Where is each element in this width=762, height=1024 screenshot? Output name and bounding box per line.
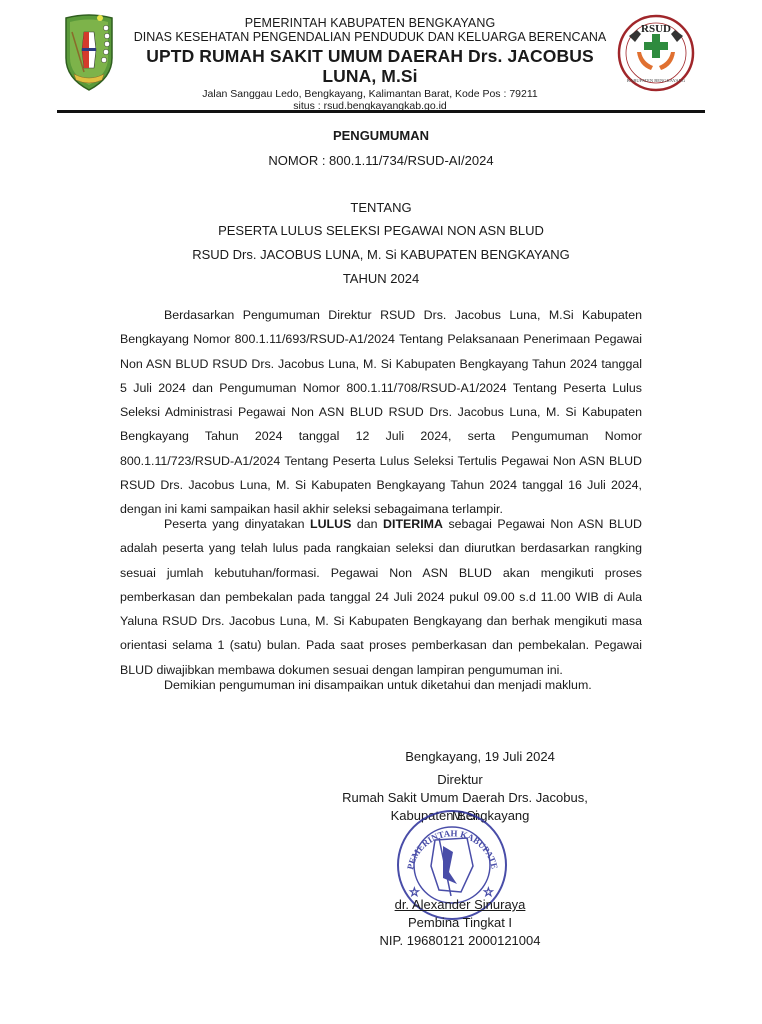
- bold-diterima: DITERIMA: [383, 517, 443, 531]
- svg-text:KABUPATEN BENGKAYANG: KABUPATEN BENGKAYANG: [627, 78, 686, 83]
- subject-line-3: TAHUN 2024: [0, 271, 762, 286]
- subject-line-1: PESERTA LULUS SELEKSI PEGAWAI NON ASN BL…: [0, 223, 762, 238]
- letterhead-text: PEMERINTAH KABUPATEN BENGKAYANG DINAS KE…: [120, 16, 620, 112]
- letterhead-department: DINAS KESEHATAN PENGENDALIAN PENDUDUK DA…: [120, 30, 620, 44]
- rsud-logo-icon: RSUD KABUPATEN BENGKAYANG: [617, 14, 695, 92]
- subject-line-2: RSUD Drs. JACOBUS LUNA, M. Si KABUPATEN …: [0, 247, 762, 262]
- signer-rank: Pembina Tingkat I: [330, 914, 590, 932]
- announcement-title: PENGUMUMAN: [0, 128, 762, 143]
- announcement-number: NOMOR : 800.1.11/734/RSUD-AI/2024: [0, 153, 762, 168]
- paragraph-3-text: Demikian pengumuman ini disampaikan untu…: [120, 673, 642, 697]
- about-label: TENTANG: [0, 200, 762, 215]
- paragraph-2-part-3: sebagai Pegawai Non ASN BLUD adalah pese…: [120, 517, 642, 677]
- letterhead-government: PEMERINTAH KABUPATEN BENGKAYANG: [120, 16, 620, 30]
- paragraph-1-text: Berdasarkan Pengumuman Direktur RSUD Drs…: [120, 303, 642, 522]
- signer-name: dr. Alexander Sinuraya: [330, 896, 590, 914]
- body-paragraph-1: Berdasarkan Pengumuman Direktur RSUD Drs…: [120, 303, 642, 522]
- paragraph-2-part-1: Peserta yang dinyatakan: [164, 517, 310, 531]
- letterhead-address: Jalan Sanggau Ledo, Bengkayang, Kalimant…: [120, 88, 620, 100]
- letterhead-divider: [57, 110, 705, 113]
- svg-text:RSUD: RSUD: [641, 23, 671, 35]
- body-paragraph-3: Demikian pengumuman ini disampaikan untu…: [120, 673, 642, 697]
- signer-position: Direktur: [330, 771, 590, 789]
- signer-nip: NIP. 19680121 2000121004: [330, 932, 590, 950]
- announcement-page: PEMERINTAH KABUPATEN BENGKAYANG DINAS KE…: [0, 0, 762, 1024]
- paragraph-2-part-2: dan: [351, 517, 383, 531]
- place-date: Bengkayang, 19 Juli 2024: [390, 748, 570, 766]
- body-paragraph-2: Peserta yang dinyatakan LULUS dan DITERI…: [120, 512, 642, 682]
- letterhead-hospital-name: UPTD RUMAH SAKIT UMUM DAERAH Drs. JACOBU…: [120, 46, 620, 86]
- bengkayang-emblem-icon: [62, 12, 116, 92]
- paragraph-2-text: Peserta yang dinyatakan LULUS dan DITERI…: [120, 512, 642, 682]
- bold-lulus: LULUS: [310, 517, 351, 531]
